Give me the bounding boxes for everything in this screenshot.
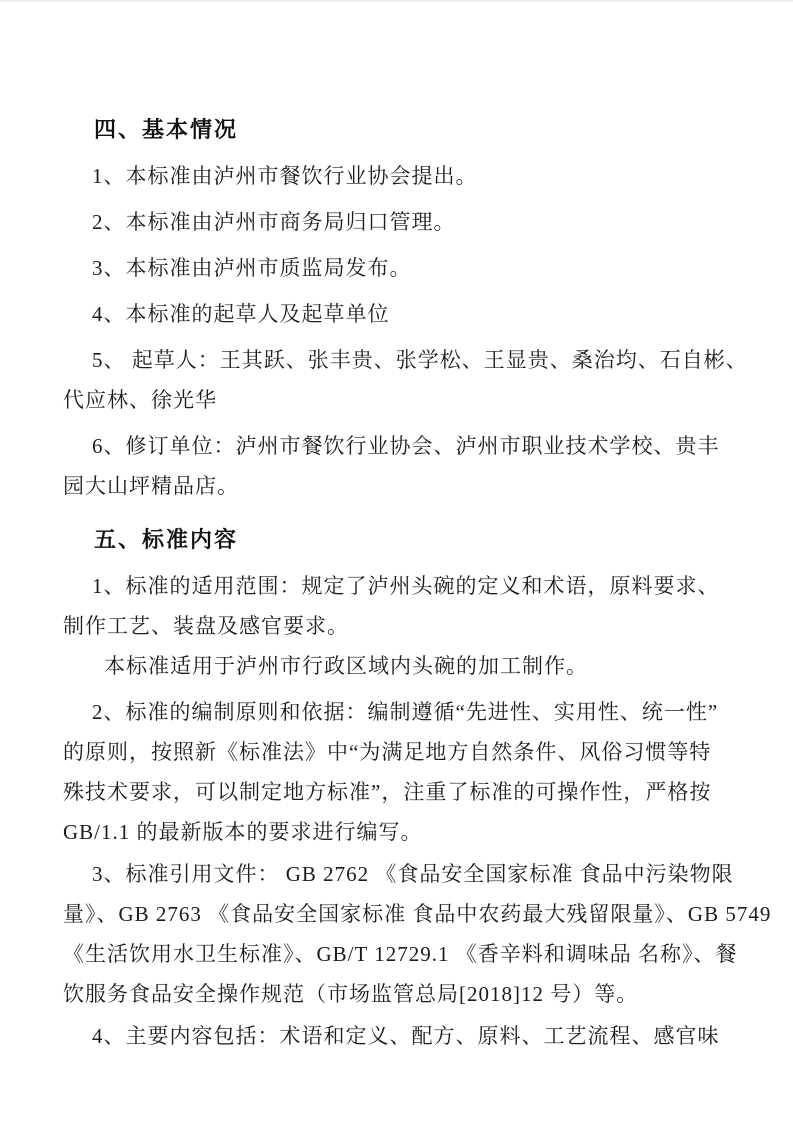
text-line: 3、标准引用文件： GB 2762 《食品安全国家标准 食品中污染物限 xyxy=(63,854,731,894)
section-heading-standard-content: 五、标准内容 xyxy=(63,520,731,560)
text-line: 《生活饮用水卫生标准》、GB/T 12729.1 《香辛料和调味品 名称》、餐 xyxy=(63,934,731,974)
text-line: 4、主要内容包括：术语和定义、配方、原料、工艺流程、感官味 xyxy=(63,1016,731,1056)
paragraph-published-by: 3、本标准由泸州市质监局发布。 xyxy=(63,248,731,288)
paragraph-main-contents: 4、主要内容包括：术语和定义、配方、原料、工艺流程、感官味 xyxy=(63,1016,731,1056)
paragraph-managed-by: 2、本标准由泸州市商务局归口管理。 xyxy=(63,202,731,242)
text-line: 饮服务食品安全操作规范（市场监管总局[2018]12 号）等。 xyxy=(63,974,731,1014)
text-line: 4、本标准的起草人及起草单位 xyxy=(63,294,731,334)
paragraph-revision-units: 6、修订单位：泸州市餐饮行业协会、泸州市职业技术学校、贵丰 园大山坪精品店。 xyxy=(63,426,731,506)
text-line: 殊技术要求，可以制定地方标准”，注重了标准的可操作性，严格按 xyxy=(63,772,731,812)
text-line: 1、标准的适用范围：规定了泸州头碗的定义和术语，原料要求、 xyxy=(63,566,731,606)
text-line: 2、标准的编制原则和依据：编制遵循“先进性、实用性、统一性” xyxy=(63,692,731,732)
text-line: 量》、GB 2763 《食品安全国家标准 食品中农药最大残留限量》、GB 574… xyxy=(63,894,731,934)
text-line: 制作工艺、装盘及感官要求。 xyxy=(63,606,731,646)
text-line: 本标准适用于泸州市行政区域内头碗的加工制作。 xyxy=(63,646,731,686)
document-content: 四、基本情况 1、本标准由泸州市餐饮行业协会提出。 2、本标准由泸州市商务局归口… xyxy=(63,110,731,1056)
paragraph-referenced-documents: 3、标准引用文件： GB 2762 《食品安全国家标准 食品中污染物限 量》、G… xyxy=(63,854,731,1014)
paragraph-applicability: 本标准适用于泸州市行政区域内头碗的加工制作。 xyxy=(63,646,731,686)
paragraph-principles: 2、标准的编制原则和依据：编制遵循“先进性、实用性、统一性” 的原则，按照新《标… xyxy=(63,692,731,852)
paragraph-proposed-by: 1、本标准由泸州市餐饮行业协会提出。 xyxy=(63,156,731,196)
text-line: GB/1.1 的最新版本的要求进行编写。 xyxy=(63,812,731,852)
text-line: 3、本标准由泸州市质监局发布。 xyxy=(63,248,731,288)
document-page: 四、基本情况 1、本标准由泸州市餐饮行业协会提出。 2、本标准由泸州市商务局归口… xyxy=(0,0,793,1122)
section-heading-basic-info: 四、基本情况 xyxy=(63,110,731,150)
text-line: 5、 起草人：王其跃、张丰贵、张学松、王显贵、桑治均、石自彬、 xyxy=(63,340,731,380)
text-line: 2、本标准由泸州市商务局归口管理。 xyxy=(63,202,731,242)
paragraph-scope: 1、标准的适用范围：规定了泸州头碗的定义和术语，原料要求、 制作工艺、装盘及感官… xyxy=(63,566,731,646)
text-line: 代应林、徐光华 xyxy=(63,380,731,420)
paragraph-drafters: 5、 起草人：王其跃、张丰贵、张学松、王显贵、桑治均、石自彬、 代应林、徐光华 xyxy=(63,340,731,420)
text-line: 1、本标准由泸州市餐饮行业协会提出。 xyxy=(63,156,731,196)
paragraph-drafters-title: 4、本标准的起草人及起草单位 xyxy=(63,294,731,334)
text-line: 6、修订单位：泸州市餐饮行业协会、泸州市职业技术学校、贵丰 xyxy=(63,426,731,466)
text-line: 园大山坪精品店。 xyxy=(63,466,731,506)
text-line: 的原则，按照新《标准法》中“为满足地方自然条件、风俗习惯等特 xyxy=(63,732,731,772)
